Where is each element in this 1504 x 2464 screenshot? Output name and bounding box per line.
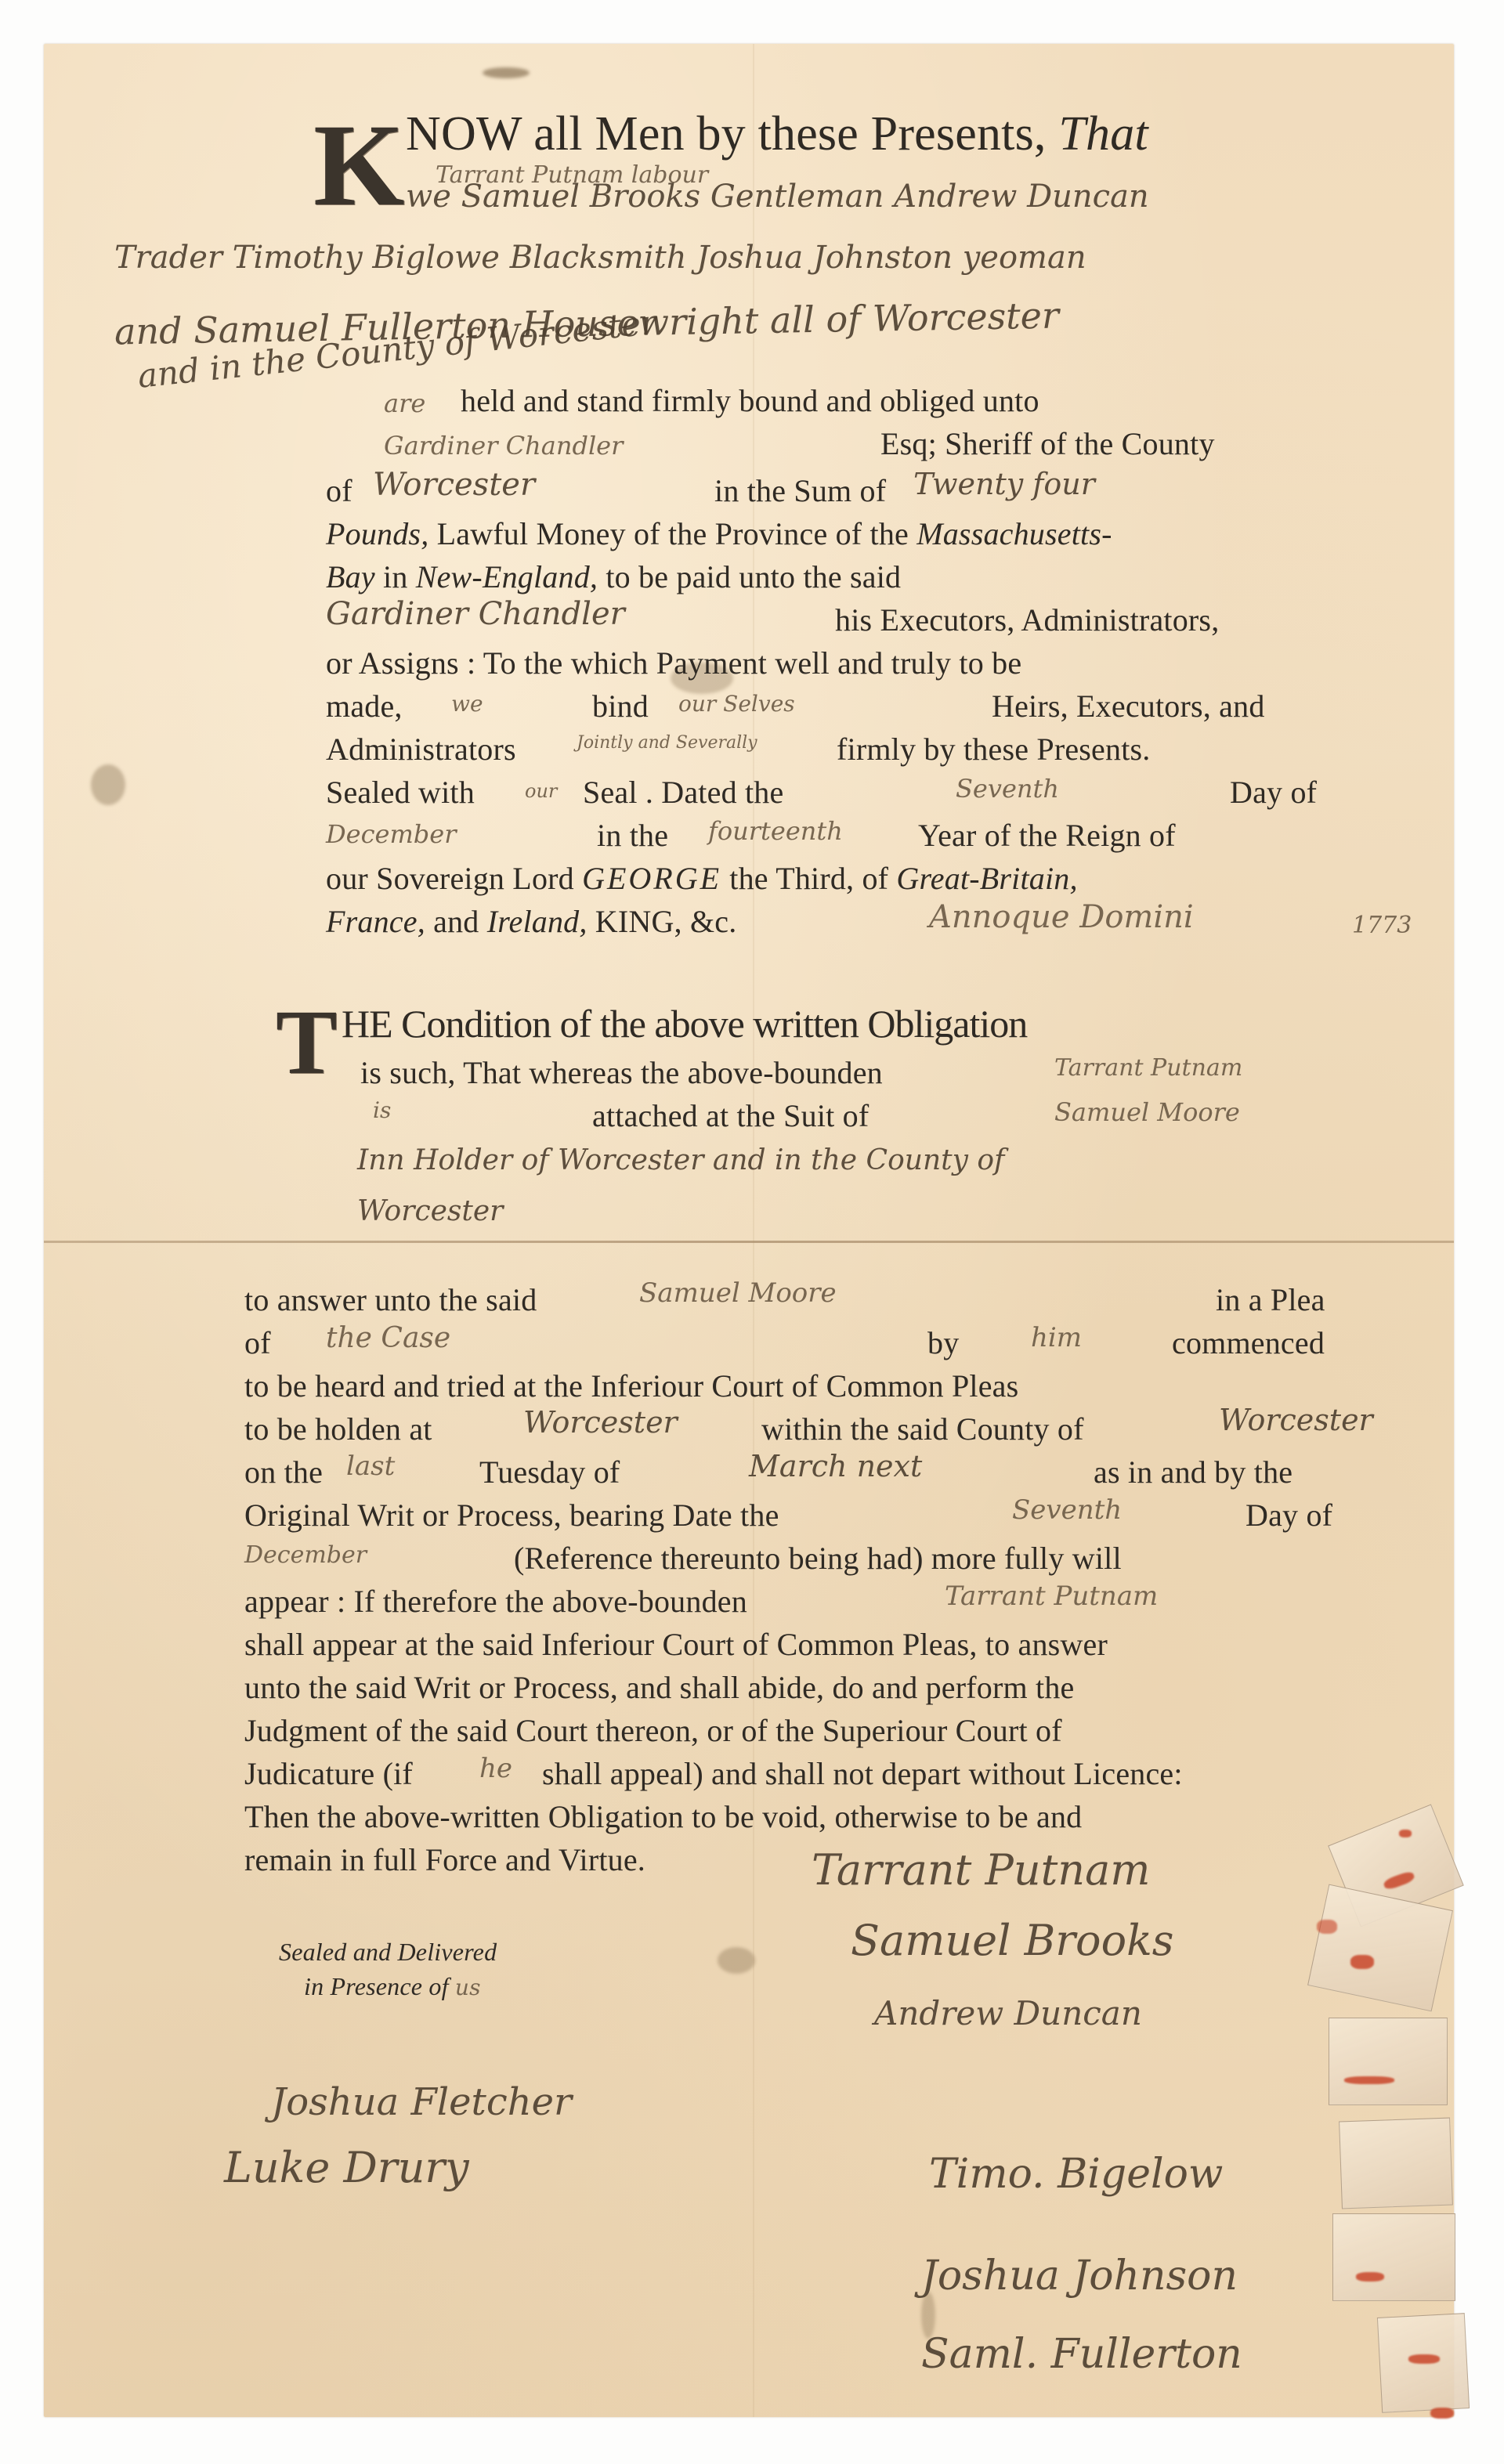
condition-line-4c: commenced (1172, 1324, 1325, 1361)
ink-stain (718, 1947, 755, 1974)
condition-line-8b: Day of (1245, 1497, 1332, 1534)
hand-place: Worcester (523, 1405, 678, 1440)
obligation-line-10c: Day of (1230, 774, 1317, 811)
obligation-line-11a: in the (597, 817, 668, 854)
hand-dec: December (244, 1541, 367, 1569)
wax-seal-mark (1356, 2272, 1384, 2282)
hand-plaintiff-desc-2: Worcester (357, 1195, 503, 1227)
obligation-line-9a: Administrators (326, 731, 516, 768)
condition-line-12: unto the said Writ or Process, and shall… (244, 1669, 1075, 1706)
obligation-line-10b: Seal . Dated the (583, 774, 783, 811)
condition-line-5: to be heard and tried at the Inferiour C… (244, 1367, 1018, 1404)
condition-line-9: (Reference thereunto being had) more ful… (514, 1540, 1122, 1577)
hand-putnam: Tarrant Putnam (945, 1581, 1158, 1612)
obligation-line-13: France, and Ireland, KING, &c. (326, 903, 736, 940)
hand-we: we (451, 691, 483, 717)
obligation-heading: NOW all Men by these Presents, That (406, 107, 1148, 162)
hand-he: he (479, 1753, 512, 1784)
witness-signature: Luke Drury (224, 2143, 469, 2192)
obligation-line-3b: in the Sum of (714, 472, 886, 509)
condition-line-6b: within the said County of (761, 1411, 1084, 1447)
obligation-line-10a: Sealed with (326, 774, 475, 811)
wax-seal-mark (1350, 1955, 1374, 1969)
obligation-line-12: our Sovereign Lord GEORGE the Third, of … (326, 860, 1078, 897)
hand-ourselves: our Selves (678, 691, 795, 717)
signer-signature: Andrew Duncan (874, 1994, 1142, 2032)
hand-county: Worcester (373, 467, 535, 503)
condition-line-7a: on the (244, 1454, 323, 1490)
obligation-line-8a: made, (326, 688, 403, 724)
seal-wafer (1332, 2213, 1455, 2301)
wax-seal-mark (1399, 1830, 1412, 1837)
hand-last: last (346, 1451, 395, 1482)
condition-line-16: remain in full Force and Virtue. (244, 1841, 645, 1878)
wax-seal-mark (1317, 1920, 1337, 1934)
hand-said: Samuel Moore (639, 1277, 837, 1309)
hand-anno-year: 1773 (1352, 912, 1412, 939)
condition-line-13: Judgment of the said Court thereon, or o… (244, 1712, 1062, 1749)
signer-signature: Tarrant Putnam (812, 1845, 1150, 1895)
seal-wafer (1329, 2018, 1448, 2105)
condition-line-7c: as in and by the (1094, 1454, 1292, 1490)
obligation-line-1: held and stand firmly bound and obliged … (461, 382, 1039, 419)
obligation-line-8c: Heirs, Executors, and (992, 688, 1265, 724)
drop-cap-k: K (313, 107, 405, 224)
condition-line-1: is such, That whereas the above-bounden (360, 1054, 883, 1091)
fold-crease (44, 1241, 1454, 1243)
obligation-line-7: or Assigns : To the which Payment well a… (326, 645, 1021, 681)
hand-are: are (384, 388, 425, 418)
condition-line-8a: Original Writ or Process, bearing Date t… (244, 1497, 779, 1534)
condition-line-6a: to be holden at (244, 1411, 432, 1447)
obligation-line-11b: Year of the Reign of (918, 817, 1176, 854)
obligation-line-8b: bind (592, 688, 649, 724)
hand-jointly: Jointly and Severally (577, 733, 757, 753)
condition-heading: HE Condition of the above written Obliga… (342, 1001, 1027, 1046)
hand-obligors-2: Trader Timothy Biglowe Blacksmith Joshua… (114, 240, 1086, 276)
hand-plaintiff-desc: Inn Holder of Worcester and in the Count… (357, 1144, 1004, 1176)
ink-stain (483, 67, 530, 78)
hand-our: our (525, 780, 557, 802)
condition-line-14a: Judicature (if (244, 1755, 413, 1792)
condition-line-10: appear : If therefore the above-bounden (244, 1583, 747, 1620)
hand-bounden: Tarrant Putnam (1054, 1054, 1242, 1082)
witness-label-1: Sealed and Delivered (279, 1938, 497, 1967)
condition-line-4b: by (927, 1324, 959, 1361)
signer-signature: Timo. Bigelow (929, 2151, 1223, 2198)
hand-plea: the Case (326, 1322, 450, 1354)
hand-is: is (373, 1097, 391, 1123)
condition-line-14b: shall appeal) and shall not depart witho… (542, 1755, 1183, 1792)
hand-day: Seventh (956, 774, 1059, 804)
witness-signature: Joshua Fletcher (271, 2080, 572, 2124)
obligation-line-5: Bay in New-England, to be paid unto the … (326, 558, 901, 595)
hand-sheriff-name: Gardiner Chandler (384, 431, 623, 461)
condition-line-15: Then the above-written Obligation to be … (244, 1798, 1082, 1835)
hand-march: March next (749, 1449, 922, 1483)
seal-wafer (1339, 2118, 1453, 2209)
hand-payee: Gardiner Chandler (326, 596, 625, 632)
seal-wafer (1307, 1884, 1453, 2012)
condition-line-2: attached at the Suit of (592, 1097, 869, 1134)
signer-signature: Joshua Johnson (921, 2253, 1238, 2300)
condition-line-3a: to answer unto the said (244, 1281, 537, 1318)
obligation-line-6: his Executors, Administrators, (835, 602, 1219, 638)
hand-plaintiff: Samuel Moore (1054, 1097, 1240, 1127)
obligation-line-2: Esq; Sheriff of the County (880, 425, 1215, 462)
drop-cap-t: T (276, 996, 338, 1089)
signer-signature: Saml. Fullerton (921, 2331, 1242, 2378)
hand-county-2: Worcester (1219, 1403, 1373, 1437)
obligation-line-4: Pounds, Lawful Money of the Province of … (326, 515, 1112, 552)
witness-label-2: in Presence of us (304, 1972, 481, 2001)
obligation-line-3a: of (326, 472, 352, 509)
document-paper: K NOW all Men by these Presents, That Ta… (44, 44, 1454, 2417)
hand-anno-domini: Annoque Domini (929, 899, 1194, 935)
signer-signature: Samuel Brooks (851, 1916, 1174, 1965)
wax-seal-mark (1408, 2354, 1440, 2364)
condition-line-3b: in a Plea (1216, 1281, 1325, 1318)
hand-year: fourteenth (708, 816, 843, 846)
condition-line-7b: Tuesday of (479, 1454, 620, 1490)
ink-stain (91, 764, 125, 805)
hand-seventh: Seventh (1012, 1494, 1122, 1526)
condition-line-4a: of (244, 1324, 271, 1361)
hand-month: December (326, 819, 457, 849)
hand-obligors-1: we Samuel Brooks Gentleman Andrew Duncan (406, 179, 1149, 215)
obligation-line-9b: firmly by these Presents. (837, 731, 1151, 768)
condition-line-11: shall appear at the said Inferiour Court… (244, 1626, 1108, 1663)
hand-sum: Twenty four (913, 467, 1095, 501)
wax-seal-mark (1430, 2408, 1454, 2419)
wax-seal-mark (1344, 2076, 1394, 2084)
hand-by: him (1031, 1322, 1082, 1353)
